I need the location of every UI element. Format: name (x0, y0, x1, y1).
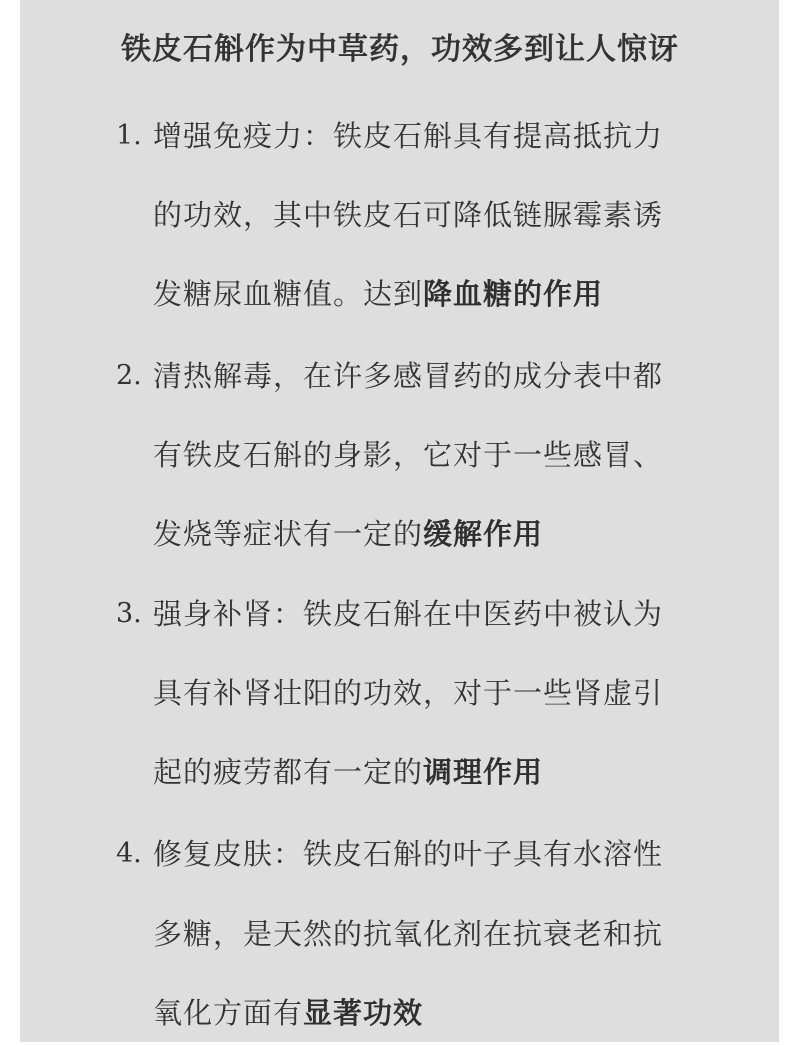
item-line: 清热解毒，在许多感冒药的成分表中都 (153, 354, 663, 398)
item-text: 发糖尿血糖值。达到 (153, 277, 423, 311)
item-emphasis: 显著功效 (303, 996, 423, 1030)
item-number: 3. (116, 592, 142, 636)
item-text: 发烧等症状有一定的 (153, 517, 423, 551)
item-text: 氧化方面有 (153, 996, 303, 1030)
item-line: 起的疲劳都有一定的调理作用 (153, 750, 543, 794)
item-emphasis: 降血糖的作用 (423, 277, 603, 311)
item-number: 4. (116, 832, 142, 876)
item-line: 具有补肾壮阳的功效，对于一些肾虚引 (153, 671, 663, 715)
article-title: 铁皮石斛作为中草药，功效多到让人惊讶 (0, 28, 800, 72)
item-emphasis: 缓解作用 (423, 517, 543, 551)
item-line: 增强免疫力：铁皮石斛具有提高抵抗力 (153, 114, 663, 158)
item-line: 发糖尿血糖值。达到降血糖的作用 (153, 272, 603, 316)
item-line: 有铁皮石斛的身影，它对于一些感冒、 (153, 433, 663, 477)
item-number: 2. (116, 354, 142, 398)
item-line: 多糖，是天然的抗氧化剂在抗衰老和抗 (153, 912, 663, 956)
item-number: 1. (116, 114, 142, 158)
item-emphasis: 调理作用 (423, 755, 543, 789)
item-line: 强身补肾：铁皮石斛在中医药中被认为 (153, 592, 663, 636)
item-text: 起的疲劳都有一定的 (153, 755, 423, 789)
item-line: 氧化方面有显著功效 (153, 991, 423, 1035)
item-line: 发烧等症状有一定的缓解作用 (153, 512, 543, 556)
item-line: 的功效，其中铁皮石可降低链脲霉素诱 (153, 193, 663, 237)
item-line: 修复皮肤：铁皮石斛的叶子具有水溶性 (153, 832, 663, 876)
